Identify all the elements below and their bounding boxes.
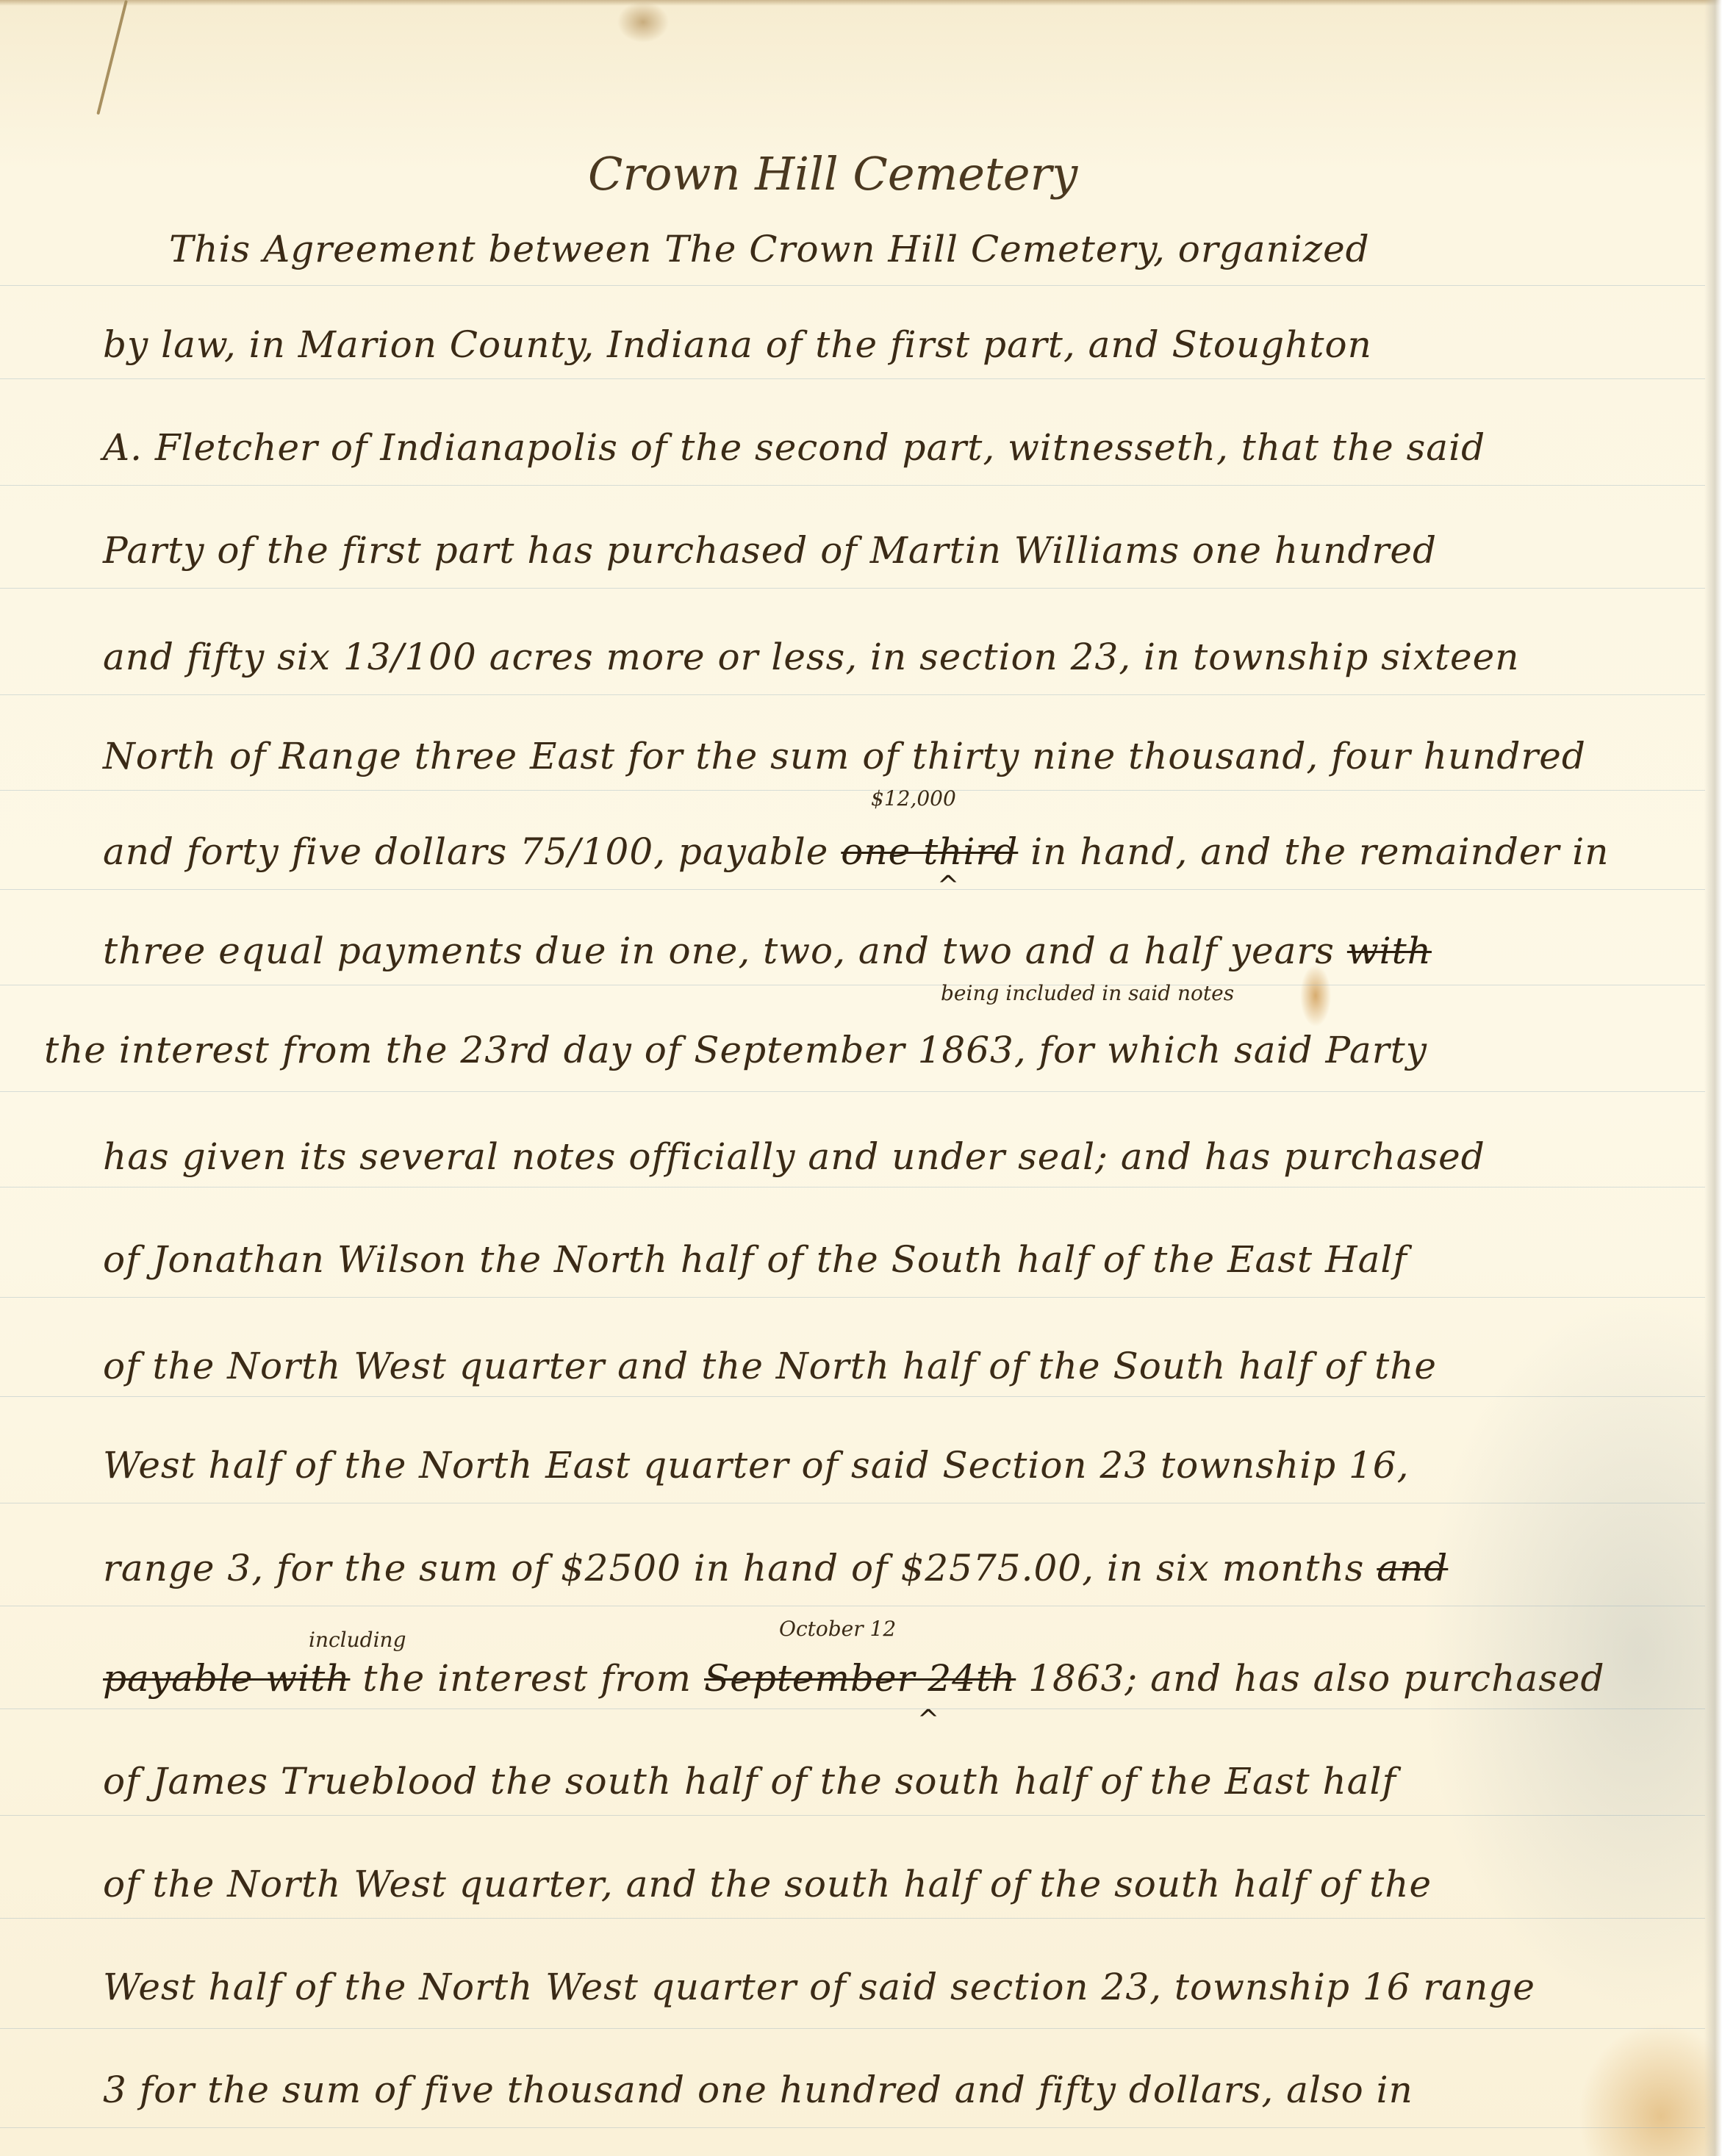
text-line-14: range 3, for the sum of $2500 in hand of… bbox=[103, 1547, 1448, 1589]
ruled-line bbox=[0, 588, 1705, 589]
ruled-line bbox=[0, 694, 1705, 695]
ruled-line bbox=[0, 1297, 1705, 1298]
text-line-15: payable with the interest from September… bbox=[103, 1657, 1604, 1700]
ruled-line bbox=[0, 1187, 1705, 1187]
insertion-including: including bbox=[309, 1628, 406, 1652]
text-line-6: North of Range three East for the sum of… bbox=[103, 735, 1586, 777]
struck-text: one third bbox=[841, 830, 1018, 873]
struck-text: with bbox=[1347, 930, 1432, 972]
line-15-end: 1863; and has also purchased bbox=[1028, 1657, 1604, 1700]
insertion-caret: ^ bbox=[917, 1705, 939, 1735]
text-line-12: of the North West quarter and the North … bbox=[103, 1345, 1437, 1387]
line-14-start: range 3, for the sum of $2500 in hand of… bbox=[103, 1547, 1364, 1589]
ruled-line bbox=[0, 790, 1705, 791]
struck-date: September 24th bbox=[704, 1657, 1016, 1700]
insertion-date: October 12 bbox=[779, 1617, 896, 1641]
text-line-2: by law, in Marion County, Indiana of the… bbox=[103, 323, 1372, 366]
ruled-line bbox=[0, 485, 1705, 486]
text-line-16: of James Trueblood the south half of the… bbox=[103, 1760, 1396, 1803]
text-line-17: of the North West quarter, and the south… bbox=[103, 1863, 1432, 1905]
text-line-1: This Agreement between The Crown Hill Ce… bbox=[169, 228, 1370, 270]
page-right-edge bbox=[1704, 0, 1722, 2156]
line-15-mid: the interest from bbox=[362, 1657, 692, 1700]
text-line-3: A. Fletcher of Indianapolis of the secon… bbox=[103, 426, 1485, 469]
ruled-line bbox=[0, 2028, 1705, 2029]
insertion-notes: being included in said notes bbox=[941, 981, 1234, 1005]
ruled-line bbox=[0, 889, 1705, 890]
document-page: Crown Hill Cemetery This Agreement betwe… bbox=[0, 0, 1722, 2156]
ruled-line bbox=[0, 1815, 1705, 1816]
struck-text: payable with bbox=[103, 1657, 350, 1700]
margin-ink-stroke bbox=[96, 0, 128, 115]
ruled-line bbox=[0, 985, 1705, 985]
text-line-9: the interest from the 23rd day of Septem… bbox=[44, 1029, 1427, 1071]
text-line-7: and forty five dollars 75/100, payable o… bbox=[103, 830, 1609, 873]
page-top-edge bbox=[0, 0, 1722, 6]
text-line-10: has given its several notes officially a… bbox=[103, 1135, 1485, 1178]
line-7-end: in hand, and the remainder in bbox=[1030, 830, 1609, 873]
ruled-line bbox=[0, 1918, 1705, 1919]
line-7-start: and forty five dollars 75/100, payable bbox=[103, 830, 828, 873]
text-line-8: three equal payments due in one, two, an… bbox=[103, 930, 1432, 972]
text-line-13: West half of the North East quarter of s… bbox=[103, 1444, 1410, 1487]
document-title: Crown Hill Cemetery bbox=[588, 147, 1077, 201]
ruled-line bbox=[0, 1606, 1705, 1606]
text-line-4: Party of the first part has purchased of… bbox=[103, 529, 1437, 572]
ruled-line bbox=[0, 285, 1705, 286]
text-line-18: West half of the North West quarter of s… bbox=[103, 1966, 1535, 2008]
insertion-amount: $12,000 bbox=[871, 786, 956, 811]
ruled-line bbox=[0, 1396, 1705, 1397]
struck-text: and bbox=[1377, 1547, 1448, 1589]
ruled-line bbox=[0, 1091, 1705, 1092]
insertion-caret: ^ bbox=[937, 871, 959, 901]
ruled-line bbox=[0, 1708, 1705, 1709]
text-line-19: 3 for the sum of five thousand one hundr… bbox=[103, 2069, 1413, 2111]
ruled-line bbox=[0, 2127, 1705, 2128]
text-line-5: and fifty six 13/100 acres more or less,… bbox=[103, 636, 1519, 678]
ruled-line bbox=[0, 378, 1705, 379]
line-8-start: three equal payments due in one, two, an… bbox=[103, 930, 1335, 972]
ruled-line bbox=[0, 1503, 1705, 1503]
text-line-11: of Jonathan Wilson the North half of the… bbox=[103, 1238, 1407, 1281]
